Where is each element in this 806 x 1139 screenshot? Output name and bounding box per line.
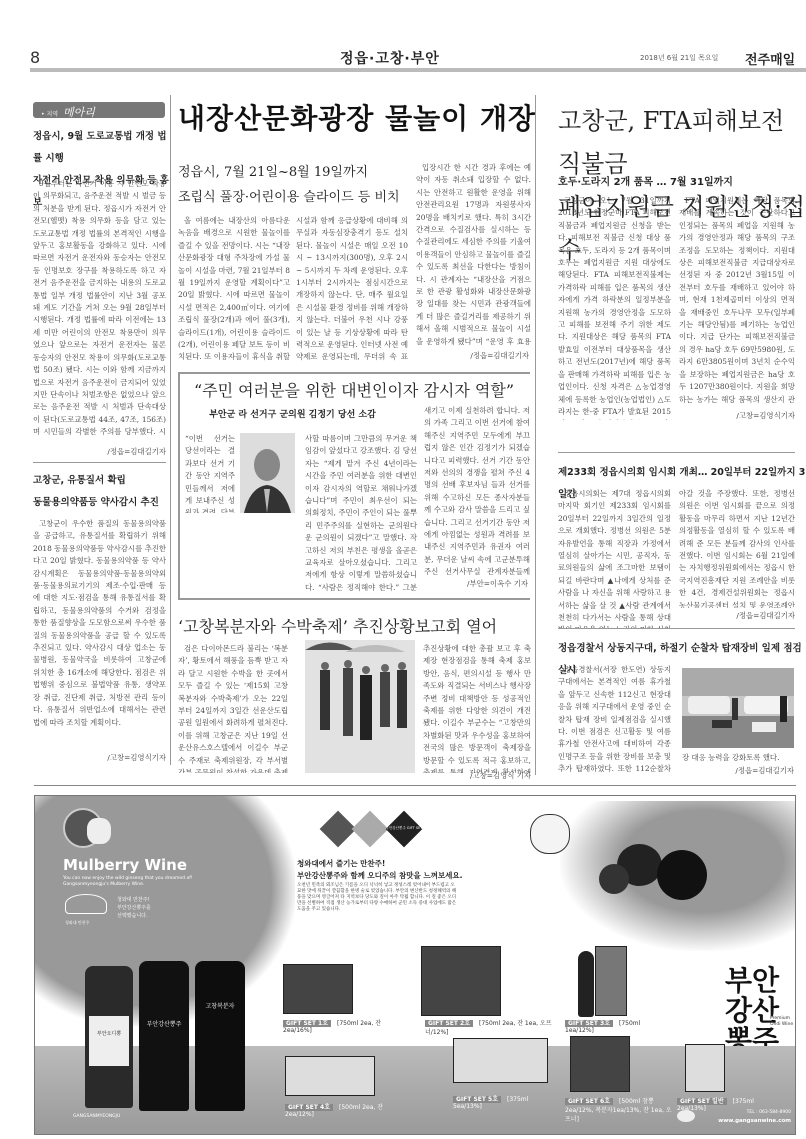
blue-house-seal-icon xyxy=(65,894,107,914)
ad-tagline: You can now enjoy the wild ginseng that … xyxy=(63,876,193,888)
article-body-veterinary: 고창군이 우수한 품질의 동물용의약품을 공급하고, 유통질서를 확립하기 위해… xyxy=(33,518,166,744)
main-article-col2: 시설과 함께 응급상황에 대비해 의무실과 자동심장충격기 등도 설치된다. 물… xyxy=(296,215,408,365)
issue-date: 2018년 6월 21일 목요일 xyxy=(640,53,718,63)
interview-col3: 새기고 이제 실천하려 합니다. 저의 가족 그리고 이번 선거에 참여해주신 … xyxy=(424,405,530,575)
bottle-buan-odi: 부안오디뽕 xyxy=(85,966,133,1108)
gift-set-badge-label: 부안강산뽕주 GIFT SET xyxy=(383,826,425,831)
byline: /정읍=김대길기자 xyxy=(682,765,794,776)
byline: /고창=김영식 기자 xyxy=(423,770,531,781)
police-col1: 정읍경찰서(서장 한도연) 상동지구대에서는 본격적인 여름 휴가철을 앞두고 … xyxy=(558,664,671,774)
seal-caption: 청와대 만찬주 xyxy=(65,920,89,926)
gift-set-regular-box xyxy=(685,1044,725,1092)
gift-set-6-box xyxy=(570,1036,630,1092)
tag-title: 메아리 xyxy=(63,106,95,119)
company-logo-icon xyxy=(677,1110,695,1122)
mulberry-fruit-2 xyxy=(657,850,707,900)
ad-brand-title: Mulberry Wine xyxy=(63,856,187,874)
ad-website-link[interactable]: www.gangsanwine.com xyxy=(699,1118,791,1124)
fta-subtitle: 호두·도라지 2개 품목 … 7월 31일까지 xyxy=(558,172,733,194)
gift-set-3-label: GIFT SET 3호[750ml 1ea/12%] xyxy=(565,1018,675,1034)
column-rule xyxy=(535,95,536,775)
mascot-icon xyxy=(87,818,111,844)
bottle-gangsan-ppongju: 부안강산뽕주 xyxy=(139,961,189,1111)
candidate-portrait-photo xyxy=(240,433,295,513)
divider xyxy=(558,452,795,453)
section-title: 정읍·고창·부안 xyxy=(340,48,440,68)
ad-phone: TEL : 063-584-8900 xyxy=(699,1110,791,1115)
product-en-label: Premium Ohdi Wine xyxy=(770,1016,793,1028)
council-col1: 정읍시의회는 제7대 정읍시의회 마지막 회기인 제233회 임시회를 20일부… xyxy=(558,488,671,628)
header-rule xyxy=(30,68,806,72)
festival-col1: 검은 다이아몬드라 불리는 ‘복분자’, 황토에서 해풍을 듬뿍 받고 자라 달… xyxy=(178,643,288,773)
mulberry-fruit-3 xyxy=(599,864,629,894)
divider xyxy=(558,628,795,629)
byline: /정읍=김대길기자 xyxy=(416,350,529,361)
product-calligraphy-logo: 부안강산뽕주 xyxy=(725,966,795,1056)
byline: /정읍=김대길기자 xyxy=(679,610,795,621)
gift-set-1-box xyxy=(283,964,353,1014)
main-headline: 내장산문화광장 물놀이 개장 xyxy=(178,97,536,137)
divider xyxy=(33,462,166,463)
interview-col2: 사할 따름이며 그만큼의 무거운 책임감이 앞섰다고 강조했다. 김 당선자는 … xyxy=(305,433,417,593)
main-article-col1: 올 여름에는 내장산의 아름다운 녹음을 배경으로 시원한 물놀이를 즐길 수 … xyxy=(178,215,290,365)
ad-copy: 오천년 민족의 뫼조님은 기름을 오디 넉넉히 넣고 정성스레 빚어내어 부드럽… xyxy=(297,883,457,913)
bottle-gochang-bokbunja: 고창복분자 xyxy=(195,961,245,1111)
tag-bullet-icon: • xyxy=(41,111,45,118)
mascot-character-icon xyxy=(530,814,570,854)
column-rule xyxy=(170,95,171,765)
police-col2-tail: 장 대응 능력을 강화토록 했다. xyxy=(682,752,794,764)
gift-set-3-bottle xyxy=(578,951,594,1017)
gift-set-4-box xyxy=(285,1056,375,1096)
page-number: 8 xyxy=(30,48,40,67)
byline: /고창=김영식기자 xyxy=(679,410,795,421)
byline: /부안=이옥수 기자 xyxy=(424,578,528,589)
main-article-col3: 입장시간 한 시간 경과 후에는 예약이 자동 취소돼 입장할 수 없다. 시는… xyxy=(416,162,531,348)
gift-set-5-label: GIFT SET 5호[375ml 5ea/13%] xyxy=(453,1094,563,1110)
gift-set-3-bag xyxy=(595,946,627,1016)
gift-set-2-box xyxy=(421,946,501,1016)
festival-inspection-photo xyxy=(305,640,415,773)
gift-set-2-label: GIFT SET 2호[750ml 2ea, 잔 1ea, 오프너/12%] xyxy=(425,1018,555,1036)
gift-set-6-label: GIFT SET 6호[500ml 참뽕2ea/12%, 복분자1ea/13%,… xyxy=(565,1096,675,1123)
main-subheadline: 정읍시, 7월 21일~8월 19일까지 조립식 풀장·어린이용 슬라이드 등 … xyxy=(178,160,400,210)
interview-headline: “주민 여러분을 위한 대변인이자 감시자 역할” xyxy=(178,378,530,401)
festival-headline: ‘고창복분자와 수박축제’ 추진상황보고회 열어 xyxy=(178,614,497,637)
patrol-car-inspection-photo xyxy=(682,668,794,748)
article-headline-veterinary: 고창군, 유통질서 확립 동물용의약품등 약사감시 추진 xyxy=(33,470,173,514)
fta-col2: FTA 폐업지원제는 해당 품목의 재배를 계속하는 것이 곤란하다고 인정되는… xyxy=(679,195,795,407)
ad-headline-2: 부안강산뽕주와 함께 오디주의 참맛을 느껴보세요. xyxy=(297,870,462,881)
ad-top-rule xyxy=(34,785,796,786)
tag-prefix: 지역 xyxy=(46,111,58,118)
mulberry-wine-advertisement: Mulberry Wine You can now enjoy the wild… xyxy=(34,795,796,1135)
interview-col1-bottom xyxy=(185,515,295,595)
newspaper-name: 전주매일 xyxy=(745,49,795,68)
interview-subtitle: 부안군 라 선거구 군의원 김정기 당선 소감 xyxy=(185,404,400,426)
regional-echo-tag: • 지역 메아리 xyxy=(33,102,165,118)
gift-set-5-box xyxy=(453,1038,548,1083)
fta-col1: 고창군이 오는 7월 31일까지 2018년도 한정군마 FTA 피해보전직불금… xyxy=(558,195,671,420)
article-body-helmet: 9월부터는 자전거 이용 시 안전모 착용이 의무화되고, 음주운전 적발 시 … xyxy=(33,178,166,438)
council-col2: 아갈 것을 주장했다. 또한, 정병선 의원은 이번 임시회를 끝으로 의정활동… xyxy=(679,488,795,608)
ad-headline-1: 청와대에서 즐기는 만찬주! xyxy=(297,858,385,869)
interview-col1-top: “이번 선거는 당선이라는 결과보다 선거 기간 동안 지역주민들께서 저에게 … xyxy=(185,433,235,513)
festival-col3: 추진상황에 대한 총괄 보고 후 축제장 현장점검을 통해 축제 홍보방안, 음… xyxy=(423,643,531,773)
gift-set-1-label: GIFT SET 1호[750ml 2ea, 잔 2ea/16%] xyxy=(283,1018,383,1034)
gift-set-4-label: GIFT SET 4호[500ml 2ea, 잔 2ea/12%] xyxy=(285,1102,405,1118)
ad-logo-text: GANGSANMYEONGJU xyxy=(73,1114,120,1119)
seal-text: 청와대 만찬주! 부안강산뽕주를 선택했습니다. xyxy=(117,896,151,920)
byline: /고창=김영식기자 xyxy=(33,752,166,763)
byline: /정읍=김대길기자 xyxy=(33,446,166,457)
